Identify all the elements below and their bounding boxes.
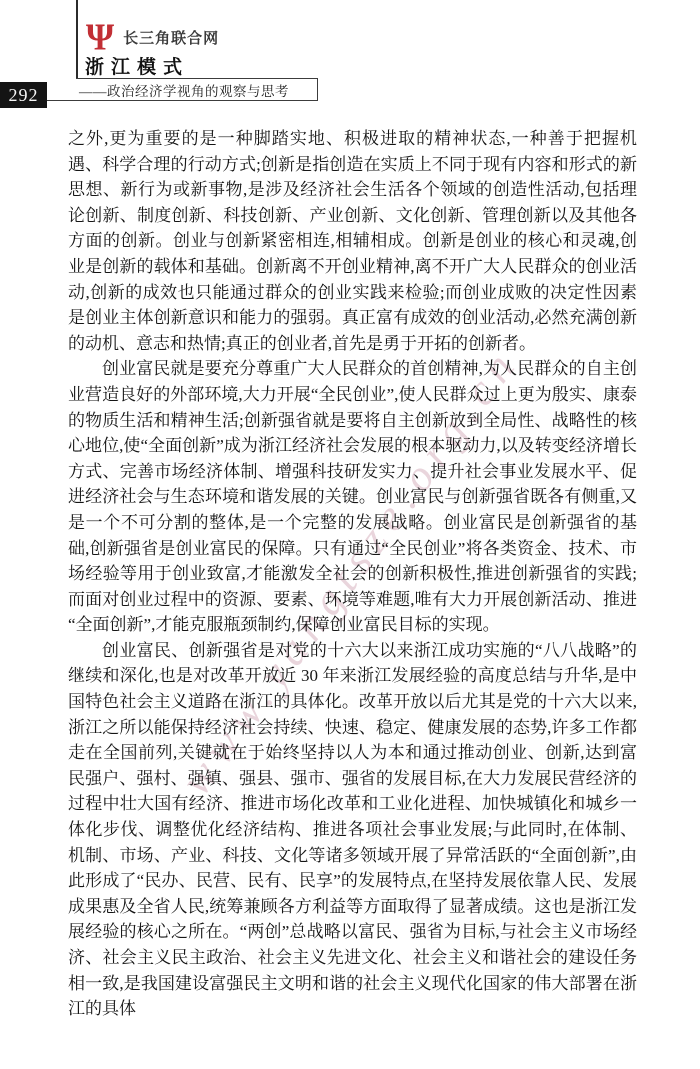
page-number-badge: 292	[0, 82, 47, 108]
paragraph: 之外,更为重要的是一种脚踏实地、积极进取的精神状态,一种善于把握机遇、科学合理的…	[68, 126, 637, 356]
header-vertical-rule	[76, 0, 78, 79]
body-text: 之外,更为重要的是一种脚踏实地、积极进取的精神状态,一种善于把握机遇、科学合理的…	[68, 126, 637, 1022]
paragraph: 创业富民就是要充分尊重广大人民群众的首创精神,为人民群众的自主创业营造良好的外部…	[68, 356, 637, 638]
site-name: 长三角联合网	[123, 27, 219, 48]
paragraph: 创业富民、创新强省是对党的十六大以来浙江成功实施的“八八战略”的继续和深化,也是…	[68, 638, 637, 1022]
book-subtitle: ——政治经济学视角的观察与思考	[76, 78, 318, 101]
book-title: 浙江模式	[85, 52, 189, 79]
subtitle-connector-line	[46, 100, 76, 101]
site-logo: Ψ 长三角联合网	[86, 18, 219, 56]
book-page: www.yangtsze.org.cn Ψ 长三角联合网 浙江模式 ——政治经济…	[0, 0, 700, 1069]
psi-logo-icon: Ψ	[86, 18, 114, 56]
